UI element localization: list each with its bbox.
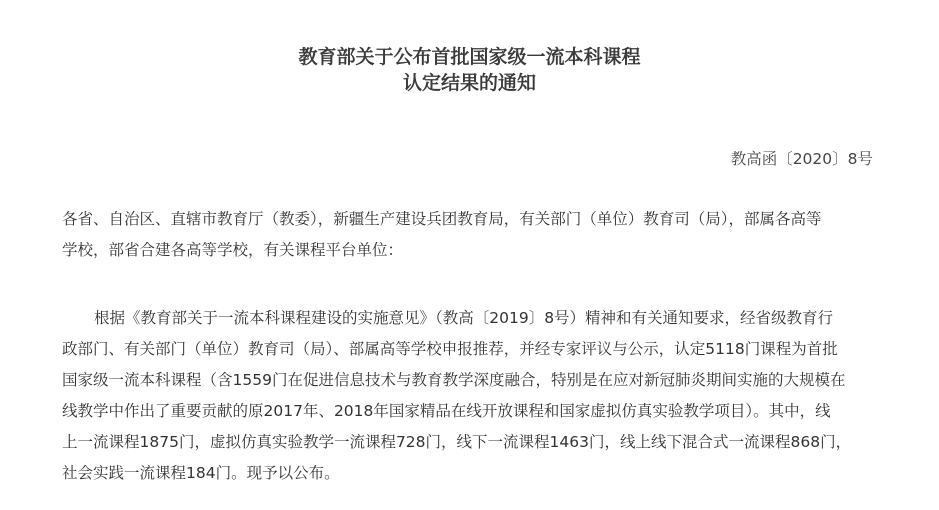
body-line-1: 根据《教育部关于一流本科课程建设的实施意见》（教高〔2019〕8号）精神和有关通… [62, 303, 892, 334]
notice-page: 教育部关于公布首批国家级一流本科课程 认定结果的通知 教高函〔2020〕8号 各… [0, 0, 939, 510]
title-line-2: 认定结果的通知 [0, 70, 939, 96]
addressee-line-1: 各省、自治区、直辖市教育厅（教委），新疆生产建设兵团教育局，有关部门（单位）教育… [62, 204, 892, 235]
title-line-1: 教育部关于公布首批国家级一流本科课程 [0, 44, 939, 70]
body-line-3: 国家级一流本科课程（含1559门在促进信息技术与教育教学深度融合，特别是在应对新… [62, 365, 892, 396]
addressee-line-2: 学校，部省合建各高等学校，有关课程平台单位： [62, 235, 892, 266]
body-line-2: 政部门、有关部门（单位）教育司（局）、部属高等学校申报推荐，并经专家评议与公示，… [62, 334, 892, 365]
page-title: 教育部关于公布首批国家级一流本科课程 认定结果的通知 [0, 44, 939, 96]
body-paragraph: 根据《教育部关于一流本科课程建设的实施意见》（教高〔2019〕8号）精神和有关通… [62, 303, 892, 489]
body-line-5: 上一流课程1875门，虚拟仿真实验教学一流课程728门，线下一流课程1463门，… [62, 427, 892, 458]
addressee-paragraph: 各省、自治区、直辖市教育厅（教委），新疆生产建设兵团教育局，有关部门（单位）教育… [62, 204, 892, 266]
body-line-6: 社会实践一流课程184门。现予以公布。 [62, 458, 892, 489]
document-number: 教高函〔2020〕8号 [731, 148, 873, 170]
body-line-4: 线教学中作出了重要贡献的原2017年、2018年国家精品在线开放课程和国家虚拟仿… [62, 396, 892, 427]
